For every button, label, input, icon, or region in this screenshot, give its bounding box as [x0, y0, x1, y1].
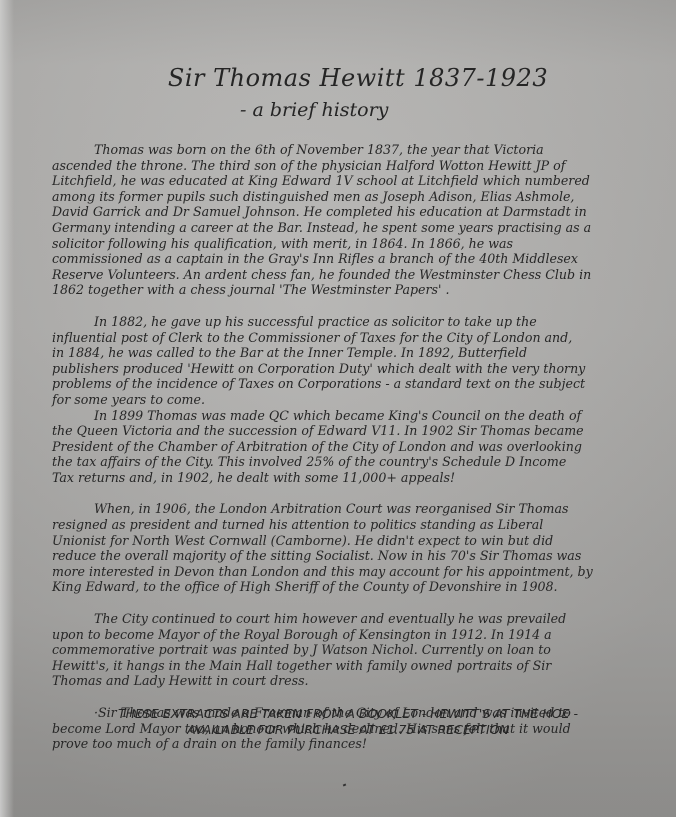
- paragraph-birth-education: Thomas was born on the 6th of November 1…: [52, 142, 640, 298]
- text-line: 1862 together with a chess journal 'The …: [52, 282, 640, 298]
- text-line: more interested in Devon than London and…: [52, 564, 640, 580]
- text-line: the tax affairs of the City. This involv…: [52, 454, 640, 470]
- paragraph-mayor-portrait: The City continued to court him however …: [52, 611, 640, 689]
- paragraph-qc-arbitration: In 1899 Thomas was made QC which became …: [52, 408, 640, 486]
- text-line: When, in 1906, the London Arbitration Co…: [52, 501, 640, 517]
- text-line: David Garrick and Dr Samuel Johnson. He …: [52, 204, 640, 220]
- paragraph-clerk-bar: In 1882, he gave up his successful pract…: [52, 314, 640, 408]
- text-line: Thomas and Lady Hewitt in court dress.: [52, 673, 640, 689]
- text-line: King Edward, to the office of High Sheri…: [52, 579, 640, 595]
- text-line: solicitor following his qualification, w…: [52, 236, 640, 252]
- text-line: prove too much of a drain on the family …: [52, 736, 640, 752]
- text-line: In 1882, he gave up his successful pract…: [52, 314, 640, 330]
- text-line: Tax returns and, in 1902, he dealt with …: [52, 470, 640, 486]
- document-subtitle: - a brief history: [240, 99, 388, 121]
- booklet-notice: THESE EXTRACTS ARE TAKEN FROM A BOOKLET …: [0, 706, 676, 738]
- paper-edge-shadow: [0, 0, 14, 817]
- text-line: problems of the incidence of Taxes on Co…: [52, 376, 640, 392]
- text-line: President of the Chamber of Arbitration …: [52, 439, 640, 455]
- paragraph-gap: [52, 485, 640, 501]
- text-line: influential post of Clerk to the Commiss…: [52, 330, 640, 346]
- text-line: Thomas was born on the 6th of November 1…: [52, 142, 640, 158]
- text-line: Reserve Volunteers. An ardent chess fan,…: [52, 267, 640, 283]
- text-line: reduce the overall majority of the sitti…: [52, 548, 640, 564]
- text-line: the Queen Victoria and the succession of…: [52, 423, 640, 439]
- paragraph-gap: [52, 595, 640, 611]
- document-title: Sir Thomas Hewitt 1837-1923: [0, 64, 676, 92]
- paragraph-politics: When, in 1906, the London Arbitration Co…: [52, 501, 640, 595]
- text-line: upon to become Mayor of the Royal Boroug…: [52, 627, 640, 643]
- paragraph-gap: [52, 689, 640, 705]
- text-line: Hewitt's, it hangs in the Main Hall toge…: [52, 658, 640, 674]
- booklet-notice-line-2: AVAILABLE FOR PURCHASE AT £1.75 AT RECEP…: [20, 722, 676, 738]
- text-line: among its former pupils such distinguish…: [52, 189, 640, 205]
- text-line: for some years to come.: [52, 392, 640, 408]
- text-line: resigned as president and turned his att…: [52, 517, 640, 533]
- text-line: In 1899 Thomas was made QC which became …: [52, 408, 640, 424]
- text-line: commissioned as a captain in the Gray's …: [52, 251, 640, 267]
- text-line: Litchfield, he was educated at King Edwa…: [52, 173, 640, 189]
- text-line: Unionist for North West Cornwall (Cambor…: [52, 533, 640, 549]
- text-line: ascended the throne. The third son of th…: [52, 158, 640, 174]
- paragraph-gap: [52, 298, 640, 314]
- text-line: publishers produced 'Hewitt on Corporati…: [52, 361, 640, 377]
- text-line: commemorative portrait was painted by J …: [52, 642, 640, 658]
- text-line: in 1884, he was called to the Bar at the…: [52, 345, 640, 361]
- text-line: Germany intending a career at the Bar. I…: [52, 220, 640, 236]
- text-line: The City continued to court him however …: [52, 611, 640, 627]
- booklet-notice-line-1: THESE EXTRACTS ARE TAKEN FROM A BOOKLET …: [20, 706, 676, 722]
- document-body: Thomas was born on the 6th of November 1…: [52, 142, 640, 752]
